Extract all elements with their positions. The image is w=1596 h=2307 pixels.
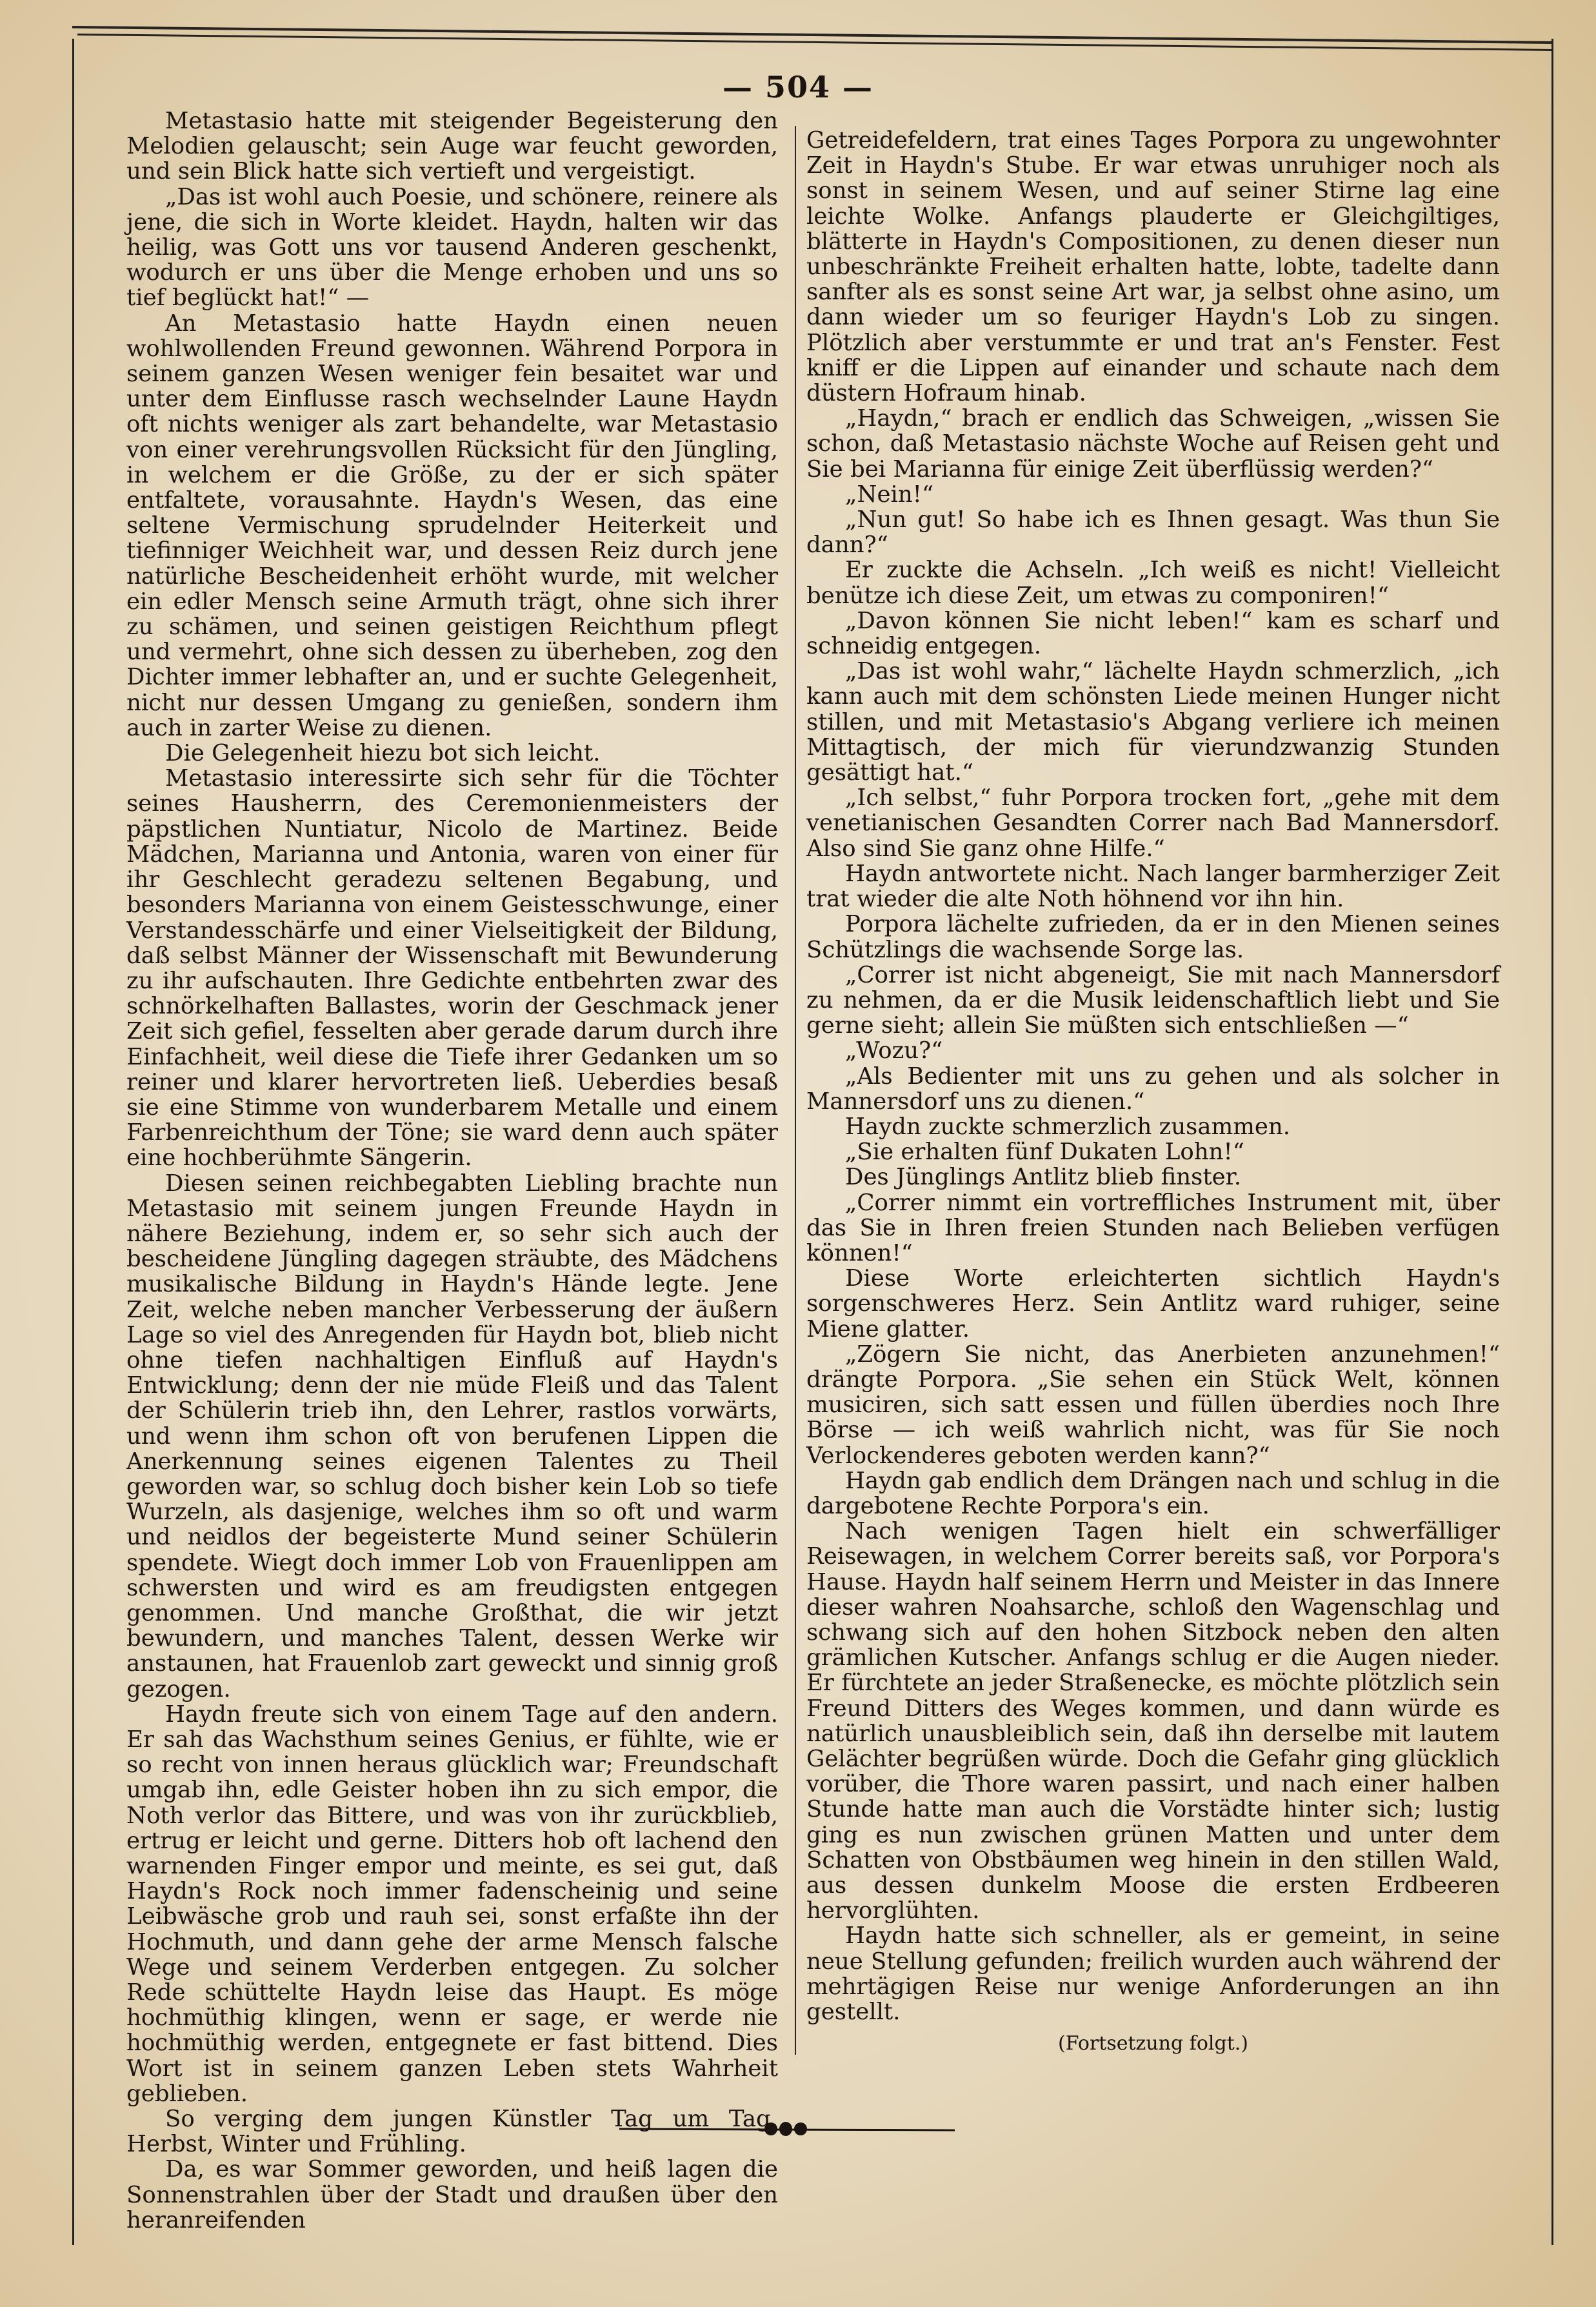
paragraph: „Davon können Sie nicht leben!“ kam es s…	[806, 608, 1500, 659]
paragraph: Haydn gab endlich dem Drängen nach und s…	[806, 1468, 1500, 1519]
paragraph: „Correr nimmt ein vortreffliches Instrum…	[806, 1190, 1500, 1266]
paragraph: „Ich selbst,“ fuhr Porpora trocken fort,…	[806, 785, 1500, 861]
column-divider	[795, 126, 796, 2055]
paragraph: Haydn freute sich von einem Tage auf den…	[126, 1702, 778, 2106]
page-number-decor-right: —	[843, 70, 873, 105]
paragraph: Metastasio hatte mit steigender Begeiste…	[126, 108, 778, 185]
ornamental-divider-icon	[619, 2119, 955, 2139]
paragraph: Haydn antwortete nicht. Nach langer barm…	[806, 861, 1500, 912]
paragraph: „Wozu?“	[806, 1038, 1500, 1063]
right-column: Getreidefeldern, trat eines Tages Porpor…	[806, 128, 1500, 2056]
paragraph: „Als Bedienter mit uns zu gehen und als …	[806, 1064, 1500, 1114]
paragraph: Getreidefeldern, trat eines Tages Porpor…	[806, 128, 1500, 406]
paragraph: Metastasio interessirte sich sehr für di…	[126, 766, 778, 1170]
paragraph: Haydn zuckte schmerzlich zusammen.	[806, 1114, 1500, 1139]
paragraph: Diese Worte erleichterten sichtlich Hayd…	[806, 1266, 1500, 1342]
page-number: — 504 —	[0, 70, 1596, 105]
paragraph: „Correr ist nicht abgeneigt, Sie mit nac…	[806, 963, 1500, 1039]
paragraph: „Das ist wohl wahr,“ lächelte Haydn schm…	[806, 659, 1500, 785]
paragraph: Nach wenigen Tagen hielt ein schwerfälli…	[806, 1519, 1500, 1923]
paragraph: Diesen seinen reichbegabten Liebling bra…	[126, 1171, 778, 1702]
page-number-decor-left: —	[723, 70, 753, 105]
paragraph: „Nun gut! So habe ich es Ihnen gesagt. W…	[806, 507, 1500, 557]
paragraph: „Das ist wohl auch Poesie, und schönere,…	[126, 185, 778, 311]
paragraph: „Sie erhalten fünf Dukaten Lohn!“	[806, 1139, 1500, 1164]
paragraph: Die Gelegenheit hiezu bot sich leicht.	[126, 741, 778, 766]
paragraph: Des Jünglings Antlitz blieb finster.	[806, 1164, 1500, 1190]
paragraph: Da, es war Sommer geworden, und heiß lag…	[126, 2157, 778, 2233]
paragraph: Er zuckte die Achseln. „Ich weiß es nich…	[806, 557, 1500, 608]
paragraph: „Zögern Sie nicht, das Anerbieten anzune…	[806, 1342, 1500, 1468]
paragraph: An Metastasio hatte Haydn einen neuen wo…	[126, 311, 778, 741]
paragraph: „Haydn,“ brach er endlich das Schweigen,…	[806, 406, 1500, 482]
continuation-note: (Fortsetzung folgt.)	[806, 2031, 1500, 2056]
page-number-value: 504	[765, 70, 831, 105]
left-column: Metastasio hatte mit steigender Begeiste…	[126, 108, 778, 2233]
paragraph: „Nein!“	[806, 482, 1500, 507]
paragraph: Haydn hatte sich schneller, als er gemei…	[806, 1923, 1500, 2024]
paragraph: Porpora lächelte zufrieden, da er in den…	[806, 912, 1500, 962]
